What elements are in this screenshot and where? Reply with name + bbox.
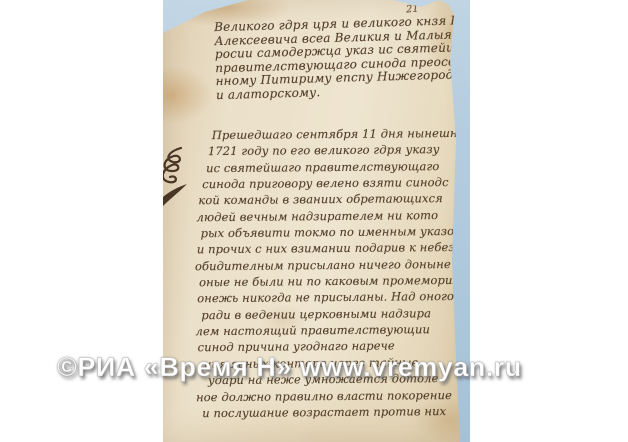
manuscript-line: и послушание возрастает против них: [202, 403, 481, 422]
page-background: 21 Великого гдря цря и великого кнзя Пет…: [0, 0, 628, 442]
manuscript-line: кой команды в званиих обретающихся: [198, 190, 479, 209]
manuscript-heading-block: Великого гдря цря и великого кнзя Петра …: [214, 13, 512, 103]
watermark-text: ©РИА «Время Н» www.vremyan.ru: [57, 352, 522, 383]
manuscript-line: 1721 году по его великого гдря указу: [208, 141, 479, 160]
marginal-paraph-icon: [155, 144, 195, 214]
manuscript-line: онежь никогда не присыланы. Над оного: [197, 288, 480, 307]
